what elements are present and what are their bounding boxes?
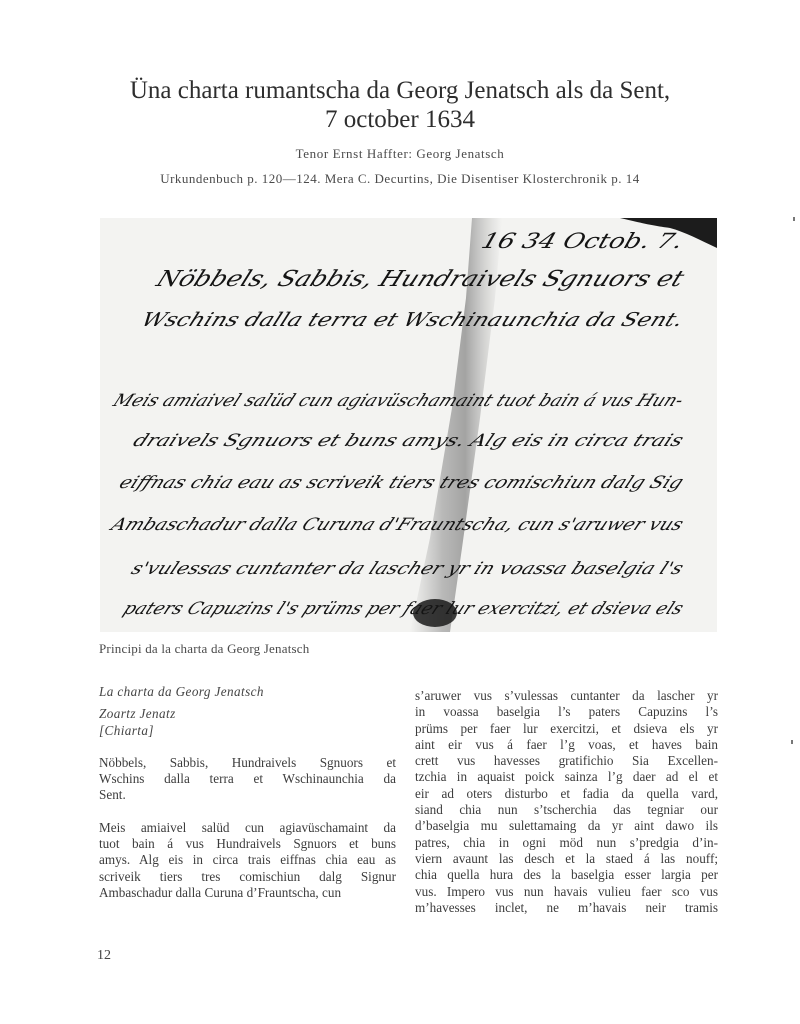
text-line: Ambaschadur dalla Curuna d’Frauntscha, c… — [99, 885, 396, 901]
text-line: chia quella hura des la baselgia esser l… — [415, 867, 718, 883]
page-number: 12 — [97, 948, 111, 964]
handwritten-line: Nöbbels, Sabbis, Hundraivels Sgnuors et — [152, 267, 689, 292]
handwritten-line: draivels Sgnuors et buns amys. Alg eis i… — [130, 431, 687, 451]
source-line-1: Tenor Ernst Haffter: Georg Jenatsch — [0, 146, 800, 162]
text-line: Wschins dalla terra et Wschinaunchia da — [99, 771, 396, 787]
text-line: amys. Alg eis in circa trais eiffnas chi… — [99, 852, 396, 868]
text-line: s’aruwer vus s’vulessas cuntanter da las… — [415, 688, 718, 704]
text-line: Meis amiaivel salüd cun agiavüschamaint … — [99, 820, 396, 836]
text-line: tzchia in aquaist poick sainza l’g daer … — [415, 769, 718, 785]
page-title: Üna charta rumantscha da Georg Jenatsch … — [0, 76, 800, 134]
left-column: La charta da Georg Jenatsch Zoartz Jenat… — [99, 684, 396, 901]
title-line-2: 7 october 1634 — [0, 105, 800, 134]
text-line: siand chia nun s’tscherchia das tegniar … — [415, 802, 718, 818]
paragraph: Meis amiaivel salüd cun agiavüschamaint … — [99, 820, 396, 901]
text-line: aint eir vus á faer l’g voas, et haves b… — [415, 737, 718, 753]
text-line: tuot bain á vus Hundraivels Sgnuors et b… — [99, 836, 396, 852]
text-line: Sent. — [99, 787, 396, 803]
margin-mark — [793, 217, 795, 221]
paragraph: Nöbbels, Sabbis, Hundraivels Sgnuors etW… — [99, 755, 396, 804]
author-line: Zoartz Jenatz — [99, 706, 396, 722]
text-line: d’baselgia mu sulettamaing da yr aint da… — [415, 818, 718, 834]
handwritten-line: eiffnas chia eau as scriveik tiers tres … — [116, 473, 687, 493]
text-line: crett vus havesses gratifichio Sia Excel… — [415, 753, 718, 769]
right-column: s’aruwer vus s’vulessas cuntanter da las… — [415, 688, 718, 916]
section-heading: La charta da Georg Jenatsch — [99, 684, 396, 700]
figure-caption: Principi da la charta da Georg Jenatsch — [99, 641, 309, 657]
manuscript-image: 16 34 Octob. 7.Nöbbels, Sabbis, Hundraiv… — [100, 218, 717, 632]
text-line: patres, chia in ogni möd nun s’predgia d… — [415, 835, 718, 851]
right-paragraph: s’aruwer vus s’vulessas cuntanter da las… — [415, 688, 718, 916]
handwritten-line: paters Capuzins l's prüms per faer lur e… — [120, 599, 687, 619]
text-line: Nöbbels, Sabbis, Hundraivels Sgnuors et — [99, 755, 396, 771]
handwritten-line: Ambaschadur dalla Curuna d'Frauntscha, c… — [106, 515, 687, 535]
source-line-2: Urkundenbuch p. 120—124. Mera C. Decurti… — [0, 171, 800, 187]
manuscript-facsimile: 16 34 Octob. 7.Nöbbels, Sabbis, Hundraiv… — [100, 218, 717, 632]
text-line: m’havesses inclet, ne m’havais neir tram… — [415, 900, 718, 916]
left-paragraphs: Nöbbels, Sabbis, Hundraivels Sgnuors etW… — [99, 755, 396, 901]
text-line: in voassa baselgia l’s paters Capuzins l… — [415, 704, 718, 720]
text-line: viern avaunt las desch et la staed á las… — [415, 851, 718, 867]
handwritten-line: Wschins dalla terra et Wschinaunchia da … — [138, 309, 687, 331]
text-line: scriveik tiers tres comischiun dalg Sign… — [99, 869, 396, 885]
note-line: [Chiarta] — [99, 723, 396, 739]
margin-mark — [791, 740, 793, 744]
handwritten-line: Meis amiaivel salüd cun agiavüschamaint … — [109, 391, 687, 411]
handwritten-line: 16 34 Octob. 7. — [478, 229, 686, 253]
text-line: prüms per faer lur exercitzi, et dsieva … — [415, 721, 718, 737]
text-line: eir ad oters disturbo et fadia da quella… — [415, 786, 718, 802]
title-line-1: Üna charta rumantscha da Georg Jenatsch … — [0, 76, 800, 105]
text-line: vus. Impero vus nun havais vulieu faer s… — [415, 884, 718, 900]
handwritten-line: s'vulessas cuntanter da lascher yr in vo… — [128, 559, 687, 579]
